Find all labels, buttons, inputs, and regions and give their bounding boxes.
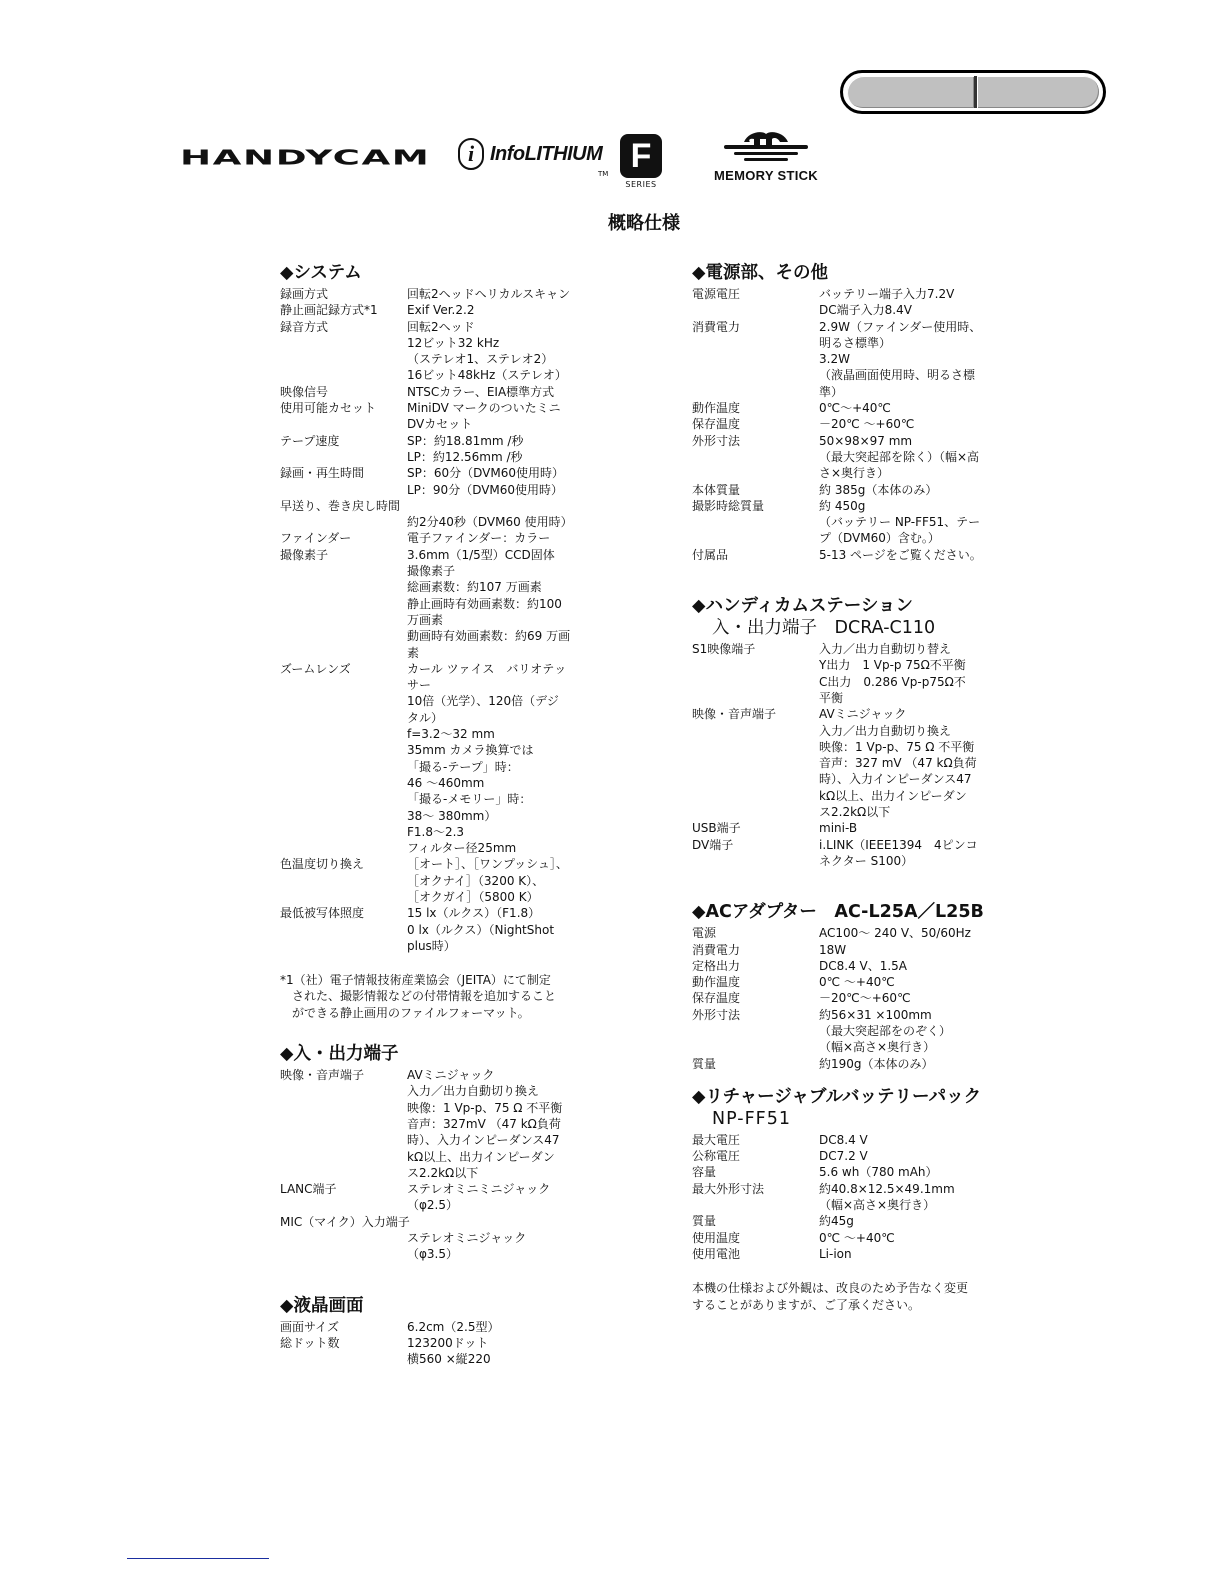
spec-label: 早送り、巻き戻し時間 [280, 498, 400, 514]
spec-label: 質量 [692, 1056, 819, 1072]
spec-value: mini-B [819, 820, 1022, 836]
spec-label: 使用温度 [692, 1230, 819, 1246]
spec-row: S1映像端子入力／出力自動切り替え Y出力 1 Vp-p 75Ω不平衡 C出力 … [692, 641, 1022, 706]
info-i-icon: i [458, 138, 484, 170]
spec-value: 3.6mm（1/5型）CCD固体 撮像素子 総画素数：約107 万画素 静止画時… [407, 547, 600, 661]
spec-label: 録画方式 [280, 286, 407, 302]
spec-value: 約40.8×12.5×49.1mm （幅×高さ×奥行き） [819, 1181, 1022, 1214]
spec-label: 定格出力 [692, 958, 819, 974]
spec-value: バッテリー端子入力7.2V DC端子入力8.4V [819, 286, 1022, 319]
pill-segment-left[interactable] [847, 76, 977, 108]
spec-value: 回転2ヘッドヘリカルスキャン [407, 286, 600, 302]
spec-label: 映像信号 [280, 384, 407, 400]
spec-row: 外形寸法50×98×97 mm （最大突起部を除く）（幅×高 さ×奥行き） [692, 433, 1022, 482]
spec-row: 静止画記録方式*1Exif Ver.2.2 [280, 302, 600, 318]
spec-label: 公称電圧 [692, 1148, 819, 1164]
spec-label: 映像・音声端子 [280, 1067, 407, 1181]
spec-label: 静止画記録方式*1 [280, 302, 407, 318]
spec-label: USB端子 [692, 820, 819, 836]
trademark-mark: TM [598, 170, 608, 178]
left-column: ◆システム 録画方式回転2ヘッドヘリカルスキャン 静止画記録方式*1Exif V… [280, 262, 600, 1382]
section-title-main: ◆ハンディカムステーション [692, 596, 913, 616]
section-battery: ◆リチャージャブルバッテリーパック NP-FF51 最大電圧DC8.4 V 公称… [692, 1086, 1022, 1262]
section-title: ◆システム [280, 262, 600, 284]
spec-value: 電子ファインダー：カラー [407, 530, 600, 546]
spec-row: 消費電力18W [692, 942, 1022, 958]
spec-label: 保存温度 [692, 990, 819, 1006]
spec-value: DC8.4 V [819, 1132, 1022, 1148]
spec-label: 消費電力 [692, 319, 819, 400]
handycam-logo: HANDYCAM [180, 146, 430, 170]
spec-label: 容量 [692, 1164, 819, 1180]
spec-label: 動作温度 [692, 400, 819, 416]
spec-label: 外形寸法 [692, 433, 819, 482]
spec-row: 定格出力DC8.4 V、1.5A [692, 958, 1022, 974]
infolithium-text: InfoLITHIUM [490, 143, 602, 166]
spec-label: 画面サイズ [280, 1319, 407, 1335]
spec-value: －20℃～+60℃ [819, 990, 1022, 1006]
spec-row: 最大外形寸法約40.8×12.5×49.1mm （幅×高さ×奥行き） [692, 1181, 1022, 1214]
spec-label: 消費電力 [692, 942, 819, 958]
memory-stick-icon [718, 130, 814, 164]
spec-label: 付属品 [692, 547, 819, 563]
spec-value: SP：60分（DVM60使用時） LP：90分（DVM60使用時） [407, 465, 600, 498]
spec-row: テープ速度SP：約18.81mm /秒 LP：約12.56mm /秒 [280, 433, 600, 466]
spec-value: －20℃ ～+60℃ [819, 416, 1022, 432]
memory-stick-text: MEMORY STICK [712, 168, 820, 183]
infolithium-logo: i InfoLITHIUM TM [458, 138, 602, 170]
disclaimer: 本機の仕様および外観は、改良のため予告なく変更 することがありますが、ご了承くだ… [692, 1280, 1022, 1313]
spec-value: 5.6 wh（780 mAh） [819, 1164, 1022, 1180]
spec-row-continued: 約2分40秒（DVM60 使用時） [280, 514, 600, 530]
section-lcd: ◆液晶画面 画面サイズ6.2cm（2.5型） 総ドット数123200ドット 横5… [280, 1295, 600, 1368]
footnote: *1（社）電子情報技術産業協会（JEITA）にて制定 された、撮影情報などの付帯… [280, 972, 600, 1021]
spec-value: DC8.4 V、1.5A [819, 958, 1022, 974]
spec-row: 容量5.6 wh（780 mAh） [692, 1164, 1022, 1180]
spec-label: 動作温度 [692, 974, 819, 990]
spec-value: 5-13 ページをご覧ください。 [819, 547, 1022, 563]
spec-value: カール ツァイス バリオテッ サー 10倍（光学）、120倍（デジ タル） f=… [407, 661, 600, 857]
section-system: ◆システム 録画方式回転2ヘッドヘリカルスキャン 静止画記録方式*1Exif V… [280, 262, 600, 1021]
spec-label: 撮像素子 [280, 547, 407, 661]
spec-row: 撮影時総質量約 450g （バッテリー NP-FF51、テー プ（DVM60）含… [692, 498, 1022, 547]
spec-row: 録音方式回転2ヘッド 12ビット32 kHz （ステレオ1、ステレオ2） 16ビ… [280, 319, 600, 384]
spec-value: Exif Ver.2.2 [407, 302, 600, 318]
spec-label: S1映像端子 [692, 641, 819, 706]
section-subtitle: 入・出力端子 DCRA-C110 [692, 617, 1022, 639]
spec-value: 約56×31 ×100mm （最大突起部をのぞく） （幅×高さ×奥行き） [819, 1007, 1022, 1056]
spec-value: 回転2ヘッド 12ビット32 kHz （ステレオ1、ステレオ2） 16ビット48… [407, 319, 600, 384]
spec-row: USB端子mini-B [692, 820, 1022, 836]
section-io: ◆入・出力端子 映像・音声端子AVミニジャック 入力／出力自動切り換え 映像：1… [280, 1043, 600, 1263]
spec-row: 公称電圧DC7.2 V [692, 1148, 1022, 1164]
section-title: ◆ACアダプター AC-L25A／L25B [692, 901, 1022, 923]
section-subtitle: NP-FF51 [692, 1108, 1022, 1130]
spec-value: 18W [819, 942, 1022, 958]
spec-row: ファインダー電子ファインダー：カラー [280, 530, 600, 546]
spec-row: 付属品5-13 ページをご覧ください。 [692, 547, 1022, 563]
spec-label: 最低被写体照度 [280, 905, 407, 954]
spec-value: 約45g [819, 1213, 1022, 1229]
spec-row: LANC端子ステレオミニミニジャック （φ2.5） [280, 1181, 600, 1214]
spec-row: 早送り、巻き戻し時間 [280, 498, 600, 514]
section-title: ◆リチャージャブルバッテリーパック NP-FF51 [692, 1086, 1022, 1130]
spec-row: 録画方式回転2ヘッドヘリカルスキャン [280, 286, 600, 302]
spec-value: DC7.2 V [819, 1148, 1022, 1164]
spec-row-continued: ステレオミニジャック （φ3.5） [280, 1230, 600, 1263]
section-title: ◆液晶画面 [280, 1295, 600, 1317]
spec-row: 動作温度0℃ ～+40℃ [692, 974, 1022, 990]
spec-row: 最大電圧DC8.4 V [692, 1132, 1022, 1148]
spec-value: ステレオミニジャック （φ3.5） [407, 1230, 526, 1263]
section-ac-adapter: ◆ACアダプター AC-L25A／L25B 電源AC100～ 240 V、50/… [692, 901, 1022, 1072]
spec-value: 123200ドット 横560 ×縦220 [407, 1335, 600, 1368]
spec-row: 映像・音声端子AVミニジャック 入力／出力自動切り換え 映像：1 Vp-p、75… [280, 1067, 600, 1181]
spec-value: MiniDV マークのついたミニ DVカセット [407, 400, 600, 433]
spec-label: ズームレンズ [280, 661, 407, 857]
spec-label: 最大電圧 [692, 1132, 819, 1148]
spec-label: 色温度切り換え [280, 856, 407, 905]
page-nav-pill [840, 70, 1106, 114]
spec-value: 入力／出力自動切り替え Y出力 1 Vp-p 75Ω不平衡 C出力 0.286 … [819, 641, 1022, 706]
spec-row: 映像・音声端子AVミニジャック 入力／出力自動切り換え 映像：1 Vp-p、75… [692, 706, 1022, 820]
spec-label: 使用可能カセット [280, 400, 407, 433]
spec-value: 0℃ ～+40℃ [819, 974, 1022, 990]
footer-rule [127, 1558, 269, 1559]
spec-row: 色温度切り換え［オート］、［ワンプッシュ］、 ［オクナイ］（3200 K）、 ［… [280, 856, 600, 905]
spec-value: 15 lx（ルクス）（F1.8） 0 lx（ルクス）（NightShot plu… [407, 905, 600, 954]
spec-value: ［オート］、［ワンプッシュ］、 ［オクナイ］（3200 K）、 ［オクガイ］（5… [407, 856, 600, 905]
spec-label: 映像・音声端子 [692, 706, 819, 820]
spec-row: 保存温度－20℃ ～+60℃ [692, 416, 1022, 432]
spec-row: 本体質量約 385g（本体のみ） [692, 482, 1022, 498]
spec-row: 質量約190g（本体のみ） [692, 1056, 1022, 1072]
spec-row: 使用温度0℃ ～+40℃ [692, 1230, 1022, 1246]
section-title: ◆入・出力端子 [280, 1043, 600, 1065]
spec-row: 保存温度－20℃～+60℃ [692, 990, 1022, 1006]
spec-label: 電源電圧 [692, 286, 819, 319]
spec-label: 使用電池 [692, 1246, 819, 1262]
spec-value: Li-ion [819, 1246, 1022, 1262]
right-column: ◆電源部、その他 電源電圧バッテリー端子入力7.2V DC端子入力8.4V 消費… [692, 262, 1022, 1335]
section-title-main: ◆リチャージャブルバッテリーパック [692, 1087, 981, 1107]
spec-row: 最低被写体照度15 lx（ルクス）（F1.8） 0 lx（ルクス）（NightS… [280, 905, 600, 954]
spec-label: 質量 [692, 1213, 819, 1229]
spec-row: 使用電池Li-ion [692, 1246, 1022, 1262]
spec-label: 録音方式 [280, 319, 407, 384]
section-power: ◆電源部、その他 電源電圧バッテリー端子入力7.2V DC端子入力8.4V 消費… [692, 262, 1022, 563]
f-series-logo: F SERIES [620, 134, 662, 189]
spec-label: テープ速度 [280, 433, 407, 466]
spec-value: 0℃～+40℃ [819, 400, 1022, 416]
spec-row: MIC（マイク）入力端子 [280, 1214, 600, 1230]
spec-label: 撮影時総質量 [692, 498, 819, 547]
spec-label: MIC（マイク）入力端子 [280, 1214, 410, 1230]
spec-row: 画面サイズ6.2cm（2.5型） [280, 1319, 600, 1335]
spec-row: 外形寸法約56×31 ×100mm （最大突起部をのぞく） （幅×高さ×奥行き） [692, 1007, 1022, 1056]
spec-value: 0℃ ～+40℃ [819, 1230, 1022, 1246]
memory-stick-logo: MEMORY STICK [712, 130, 820, 183]
pill-segment-right[interactable] [977, 76, 1099, 108]
spec-label: 最大外形寸法 [692, 1181, 819, 1214]
spec-label: ファインダー [280, 530, 407, 546]
spec-row: 使用可能カセットMiniDV マークのついたミニ DVカセット [280, 400, 600, 433]
page-title: 概略仕様 [0, 209, 1224, 235]
spec-row: 電源電圧バッテリー端子入力7.2V DC端子入力8.4V [692, 286, 1022, 319]
spec-label: 保存温度 [692, 416, 819, 432]
spec-row: ズームレンズカール ツァイス バリオテッ サー 10倍（光学）、120倍（デジ … [280, 661, 600, 857]
spec-value: 2.9W（ファインダー使用時、 明るさ標準） 3.2W （液晶画面使用時、明るさ… [819, 319, 1022, 400]
spec-value: 50×98×97 mm （最大突起部を除く）（幅×高 さ×奥行き） [819, 433, 1022, 482]
spec-row: 質量約45g [692, 1213, 1022, 1229]
spec-label: 外形寸法 [692, 1007, 819, 1056]
spec-value: 6.2cm（2.5型） [407, 1319, 600, 1335]
spec-row: 動作温度0℃～+40℃ [692, 400, 1022, 416]
spec-label: LANC端子 [280, 1181, 407, 1214]
spec-row: 撮像素子3.6mm（1/5型）CCD固体 撮像素子 総画素数：約107 万画素 … [280, 547, 600, 661]
spec-value: AVミニジャック 入力／出力自動切り換え 映像：1 Vp-p、75 Ω 不平衡 … [819, 706, 1022, 820]
section-title: ◆電源部、その他 [692, 262, 1022, 284]
section-title: ◆ハンディカムステーション 入・出力端子 DCRA-C110 [692, 595, 1022, 639]
spec-value: i.LINK（IEEE1394 4ピンコ ネクター S100） [819, 837, 1022, 870]
spec-label: DV端子 [692, 837, 819, 870]
section-handycam-station: ◆ハンディカムステーション 入・出力端子 DCRA-C110 S1映像端子入力／… [692, 595, 1022, 869]
spec-value: 約 385g（本体のみ） [819, 482, 1022, 498]
spec-value: 約190g（本体のみ） [819, 1056, 1022, 1072]
spec-label: 総ドット数 [280, 1335, 407, 1368]
spec-value: ステレオミニミニジャック （φ2.5） [407, 1181, 600, 1214]
spec-value: NTSCカラー、EIA標準方式 [407, 384, 600, 400]
spec-value: SP：約18.81mm /秒 LP：約12.56mm /秒 [407, 433, 600, 466]
spec-row: 総ドット数123200ドット 横560 ×縦220 [280, 1335, 600, 1368]
spec-label: 電源 [692, 925, 819, 941]
f-series-label: SERIES [620, 180, 662, 189]
spec-label: 録画・再生時間 [280, 465, 407, 498]
spec-row: 録画・再生時間SP：60分（DVM60使用時） LP：90分（DVM60使用時） [280, 465, 600, 498]
spec-value: 約 450g （バッテリー NP-FF51、テー プ（DVM60）含む。） [819, 498, 1022, 547]
spec-value: 約2分40秒（DVM60 使用時） [407, 514, 573, 530]
spec-row: DV端子i.LINK（IEEE1394 4ピンコ ネクター S100） [692, 837, 1022, 870]
spec-row: 消費電力2.9W（ファインダー使用時、 明るさ標準） 3.2W （液晶画面使用時… [692, 319, 1022, 400]
f-series-badge: F [620, 134, 662, 178]
spec-label: 本体質量 [692, 482, 819, 498]
spec-row: 映像信号NTSCカラー、EIA標準方式 [280, 384, 600, 400]
spec-row: 電源AC100～ 240 V、50/60Hz [692, 925, 1022, 941]
spec-value: AVミニジャック 入力／出力自動切り換え 映像：1 Vp-p、75 Ω 不平衡 … [407, 1067, 600, 1181]
spec-value: AC100～ 240 V、50/60Hz [819, 925, 1022, 941]
